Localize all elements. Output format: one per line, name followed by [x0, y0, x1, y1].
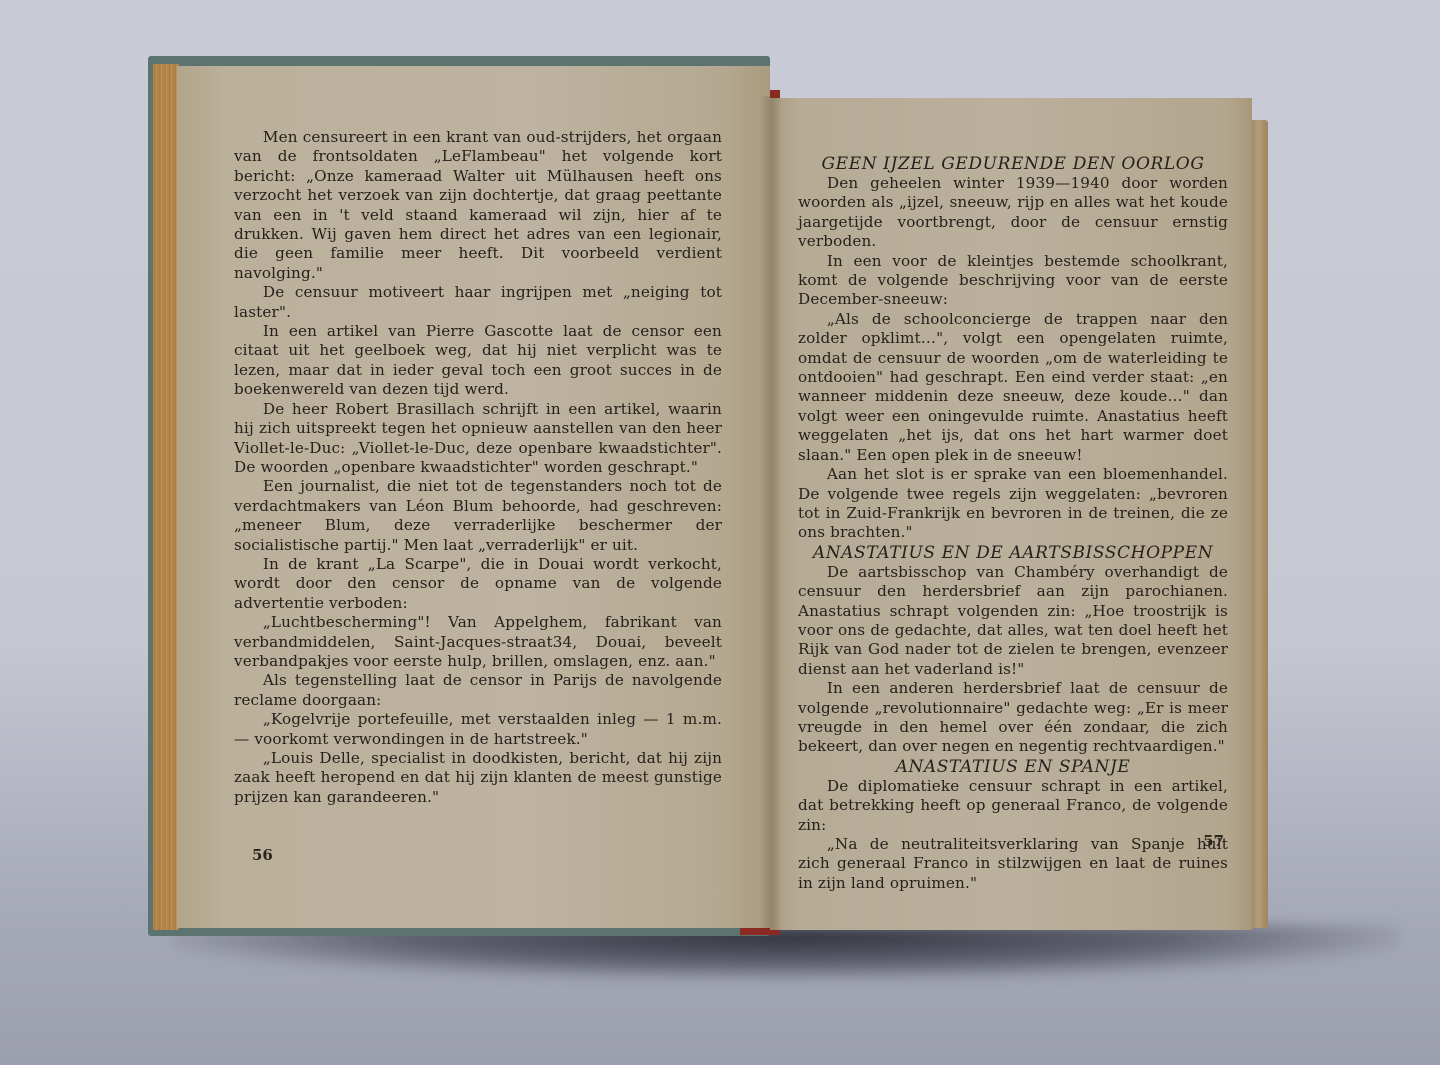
paragraph: In een artikel van Pierre Gascotte laat …: [234, 322, 722, 400]
paragraph: Als tegenstelling laat de censor in Pari…: [234, 671, 722, 710]
quoted-advertisement: „Kogelvrije portefeuille, met verstaalde…: [234, 710, 722, 749]
paragraph: Een journalist, die niet tot de tegensta…: [234, 477, 722, 555]
right-page-edges: [1252, 120, 1268, 928]
paragraph: In de krant „La Scarpe", die in Douai wo…: [234, 555, 722, 613]
paragraph: In een anderen herdersbrief laat de cens…: [798, 679, 1228, 757]
left-page: Men censureert in een krant van oud-stri…: [177, 66, 770, 928]
paragraph: Aan het slot is er sprake van een bloeme…: [798, 465, 1228, 543]
book-gutter: [760, 96, 782, 930]
right-page: GEEN IJZEL GEDURENDE DEN OORLOG Den gehe…: [770, 98, 1252, 930]
paragraph: Men censureert in een krant van oud-stri…: [234, 128, 722, 283]
paragraph: In een voor de kleintjes bestemde school…: [798, 252, 1228, 310]
page-number-left: 56: [252, 846, 273, 864]
quoted-advertisement: „Louis Delle, specialist in doodkisten, …: [234, 749, 722, 807]
paragraph: De censuur motiveert haar ingrijpen met …: [234, 283, 722, 322]
page-number-right: 57: [1203, 832, 1224, 850]
paragraph: De diplomatieke censuur schrapt in een a…: [798, 777, 1228, 835]
quoted-sentence: „Na de neutraliteitsverklaring van Spanj…: [798, 835, 1228, 893]
section-heading: ANASTATIUS EN SPANJE: [798, 757, 1228, 777]
left-page-edges: [153, 64, 179, 930]
paragraph: De aartsbisschop van Chambéry overhandig…: [798, 563, 1228, 679]
quoted-advertisement: „Luchtbescherming"! Van Appelghem, fabri…: [234, 613, 722, 671]
paragraph: De heer Robert Brasillach schrijft in ee…: [234, 400, 722, 478]
paragraph: „Als de schoolconcierge de trappen naar …: [798, 310, 1228, 465]
section-heading: ANASTATIUS EN DE AARTSBISSCHOPPEN: [798, 543, 1228, 563]
section-heading: GEEN IJZEL GEDURENDE DEN OORLOG: [798, 154, 1228, 174]
paragraph: Den geheelen winter 1939—1940 door worde…: [798, 174, 1228, 252]
